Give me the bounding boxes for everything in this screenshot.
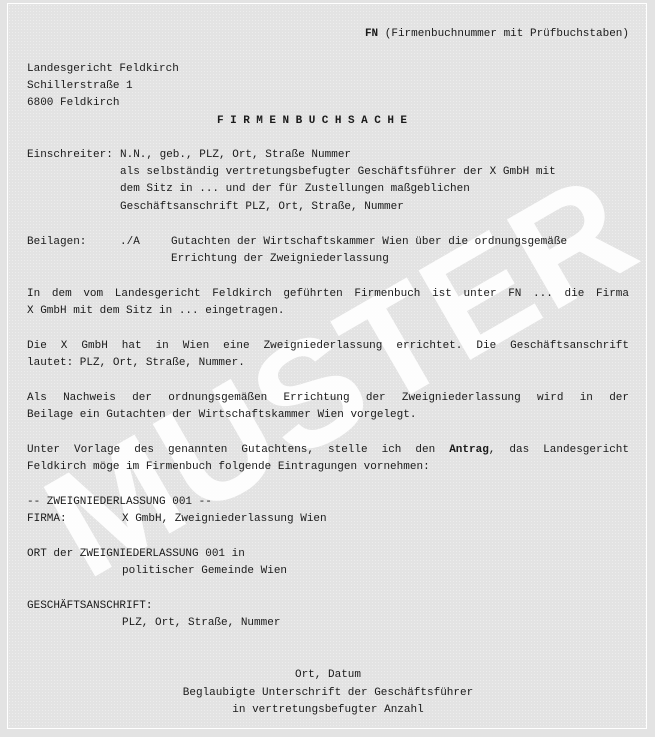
court-name: Landesgericht Feldkirch xyxy=(27,61,179,79)
signature-note: in vertretungsbefugter Anzahl xyxy=(27,702,629,720)
beilagen-label: Beilagen: xyxy=(27,234,86,252)
document-title: FIRMENBUCHSACHE xyxy=(217,113,414,131)
beilagen-line: Errichtung der Zweigniederlassung xyxy=(171,251,389,269)
signature-line: Beglaubigte Unterschrift der Geschäftsfü… xyxy=(27,685,629,703)
einschreiter-line: Geschäftsanschrift PLZ, Ort, Straße, Num… xyxy=(120,199,404,217)
signature-place-date: Ort, Datum xyxy=(27,667,629,685)
paragraph-line: Beilage ein Gutachten der Wirtschaftskam… xyxy=(27,407,416,425)
court-city: 6800 Feldkirch xyxy=(27,95,119,113)
anschrift-label: GESCHÄFTSANSCHRIFT: xyxy=(27,598,152,616)
section-header: -- ZWEIGNIEDERLASSUNG 001 -- xyxy=(27,494,212,512)
paragraph-line: Feldkirch möge im Firmenbuch folgende Ei… xyxy=(27,459,430,477)
fn-note: (Firmenbuchnummer mit Prüfbuchstaben) xyxy=(378,28,629,40)
antrag-bold: Antrag xyxy=(449,444,489,456)
ort-value: politischer Gemeinde Wien xyxy=(122,563,287,581)
ort-label: ORT der ZWEIGNIEDERLASSUNG 001 in xyxy=(27,546,245,564)
beilagen-code: ./A xyxy=(120,234,140,252)
fn-label: FN xyxy=(365,28,378,40)
court-street: Schillerstraße 1 xyxy=(27,78,133,96)
anschrift-value: PLZ, Ort, Straße, Nummer xyxy=(122,615,280,633)
firma-value: X GmbH, Zweigniederlassung Wien xyxy=(122,511,327,529)
einschreiter-line: N.N., geb., PLZ, Ort, Straße Nummer xyxy=(120,147,351,165)
paragraph-line: Als Nachweis der ordnungsgemäßen Erricht… xyxy=(27,390,629,408)
antrag-after: , das Landesgericht xyxy=(489,444,629,456)
paragraph-line: In dem vom Landesgericht Feldkirch gefüh… xyxy=(27,286,629,304)
antrag-before: Unter Vorlage des genannten Gutachtens, … xyxy=(27,444,449,456)
einschreiter-label: Einschreiter: xyxy=(27,147,113,165)
paragraph-line: Die X GmbH hat in Wien eine Zweigniederl… xyxy=(27,338,629,356)
paragraph-line: lautet: PLZ, Ort, Straße, Nummer. xyxy=(27,355,245,373)
beilagen-line: Gutachten der Wirtschaftskammer Wien übe… xyxy=(171,234,567,252)
fn-header: FN (Firmenbuchnummer mit Prüfbuchstaben) xyxy=(365,26,629,44)
antrag-paragraph-line: Unter Vorlage des genannten Gutachtens, … xyxy=(27,442,629,460)
einschreiter-line: als selbständig vertretungsbefugter Gesc… xyxy=(120,164,556,182)
paragraph-line: X GmbH mit dem Sitz in ... eingetragen. xyxy=(27,303,284,321)
einschreiter-line: dem Sitz in ... und der für Zustellungen… xyxy=(120,181,470,199)
firma-label: FIRMA: xyxy=(27,511,67,529)
